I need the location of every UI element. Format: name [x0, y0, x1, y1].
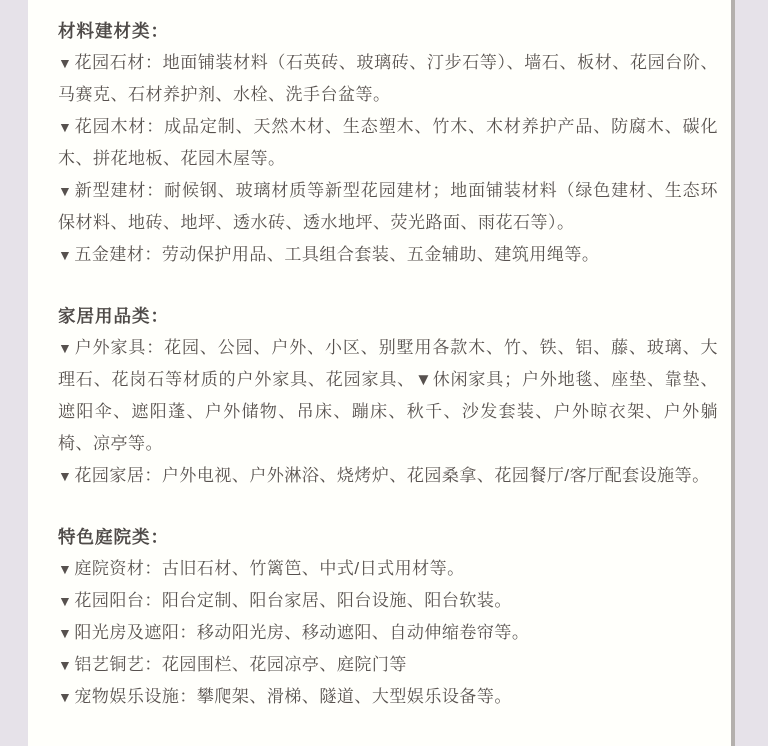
- item-text: 花园木材：成品定制、天然木材、生态塑木、竹木、木材养护产品、防腐木、碳化木、拼花…: [58, 117, 718, 168]
- item-text: 阳光房及遮阳：移动阳光房、移动遮阳、自动伸缩卷帘等。: [74, 623, 529, 642]
- item-text: 户外家具：花园、公园、户外、小区、别墅用各款木、竹、铁、铝、藤、玻璃、大理石、花…: [58, 338, 718, 453]
- section-heading-household-goods: 家居用品类：: [58, 300, 718, 332]
- triangle-bullet-icon: ▼: [58, 657, 74, 673]
- item-text: 花园阳台：阳台定制、阳台家居、阳台设施、阳台软装。: [74, 591, 512, 610]
- item-outdoor-furniture: ▼户外家具：花园、公园、户外、小区、别墅用各款木、竹、铁、铝、藤、玻璃、大理石、…: [58, 332, 718, 460]
- triangle-bullet-icon: ▼: [58, 340, 75, 356]
- section-heading-special-courtyard: 特色庭院类：: [58, 521, 718, 553]
- item-garden-balcony: ▼花园阳台：阳台定制、阳台家居、阳台设施、阳台软装。: [58, 585, 718, 617]
- item-pet-play-equipment: ▼宠物娱乐设施：攀爬架、滑梯、隧道、大型娱乐设备等。: [58, 681, 718, 713]
- section-special-courtyard: 特色庭院类： ▼庭院资材：古旧石材、竹篱笆、中式/日式用材等。 ▼花园阳台：阳台…: [58, 521, 718, 713]
- section-household-goods: 家居用品类： ▼户外家具：花园、公园、户外、小区、别墅用各款木、竹、铁、铝、藤、…: [58, 300, 718, 492]
- triangle-bullet-icon: ▼: [58, 593, 74, 609]
- item-text: 宠物娱乐设施：攀爬架、滑梯、隧道、大型娱乐设备等。: [74, 687, 512, 706]
- item-text: 新型建材：耐候钢、玻璃材质等新型花园建材；地面铺装材料（绿色建材、生态环保材料、…: [58, 181, 718, 232]
- section-building-materials: 材料建材类： ▼花园石材：地面铺装材料（石英砖、玻璃砖、汀步石等）、墙石、板材、…: [58, 15, 718, 271]
- section-heading-building-materials: 材料建材类：: [58, 15, 718, 47]
- item-garden-home: ▼花园家居：户外电视、户外淋浴、烧烤炉、花园桑拿、花园餐厅/客厅配套设施等。: [58, 460, 718, 492]
- triangle-bullet-icon: ▼: [58, 625, 74, 641]
- item-text: 庭院资材：古旧石材、竹篱笆、中式/日式用材等。: [74, 559, 464, 578]
- item-text: 花园家居：户外电视、户外淋浴、烧烤炉、花园桑拿、花园餐厅/客厅配套设施等。: [74, 466, 709, 485]
- content-card: 材料建材类： ▼花园石材：地面铺装材料（石英砖、玻璃砖、汀步石等）、墙石、板材、…: [28, 0, 735, 746]
- triangle-bullet-icon: ▼: [58, 119, 75, 135]
- item-garden-wood: ▼花园木材：成品定制、天然木材、生态塑木、竹木、木材养护产品、防腐木、碳化木、拼…: [58, 111, 718, 175]
- item-courtyard-materials: ▼庭院资材：古旧石材、竹篱笆、中式/日式用材等。: [58, 553, 718, 585]
- item-aluminum-copper-art: ▼铝艺铜艺：花园围栏、花园凉亭、庭院门等: [58, 649, 718, 681]
- triangle-bullet-icon: ▼: [58, 689, 74, 705]
- item-text: 五金建材：劳动保护用品、工具组合套装、五金辅助、建筑用绳等。: [74, 245, 599, 264]
- triangle-bullet-icon: ▼: [58, 561, 74, 577]
- item-sunroom-shading: ▼阳光房及遮阳：移动阳光房、移动遮阳、自动伸缩卷帘等。: [58, 617, 718, 649]
- item-new-building-materials: ▼新型建材：耐候钢、玻璃材质等新型花园建材；地面铺装材料（绿色建材、生态环保材料…: [58, 175, 718, 239]
- item-text: 花园石材：地面铺装材料（石英砖、玻璃砖、汀步石等）、墙石、板材、花园台阶、马赛克…: [58, 53, 718, 104]
- item-text: 铝艺铜艺：花园围栏、花园凉亭、庭院门等: [74, 655, 407, 674]
- item-garden-stone: ▼花园石材：地面铺装材料（石英砖、玻璃砖、汀步石等）、墙石、板材、花园台阶、马赛…: [58, 47, 718, 111]
- triangle-bullet-icon: ▼: [58, 183, 75, 199]
- item-hardware-materials: ▼五金建材：劳动保护用品、工具组合套装、五金辅助、建筑用绳等。: [58, 239, 718, 271]
- triangle-bullet-icon: ▼: [58, 247, 74, 263]
- triangle-bullet-icon: ▼: [58, 468, 74, 484]
- triangle-bullet-icon: ▼: [58, 55, 74, 71]
